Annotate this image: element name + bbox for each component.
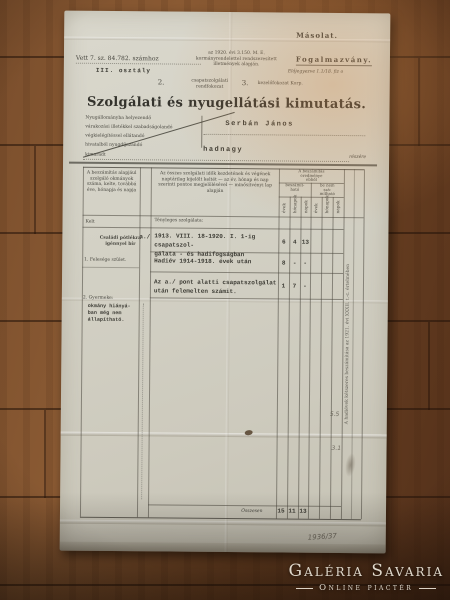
table-border-right	[361, 169, 365, 519]
row-value-years: 6	[278, 238, 289, 245]
table-border-left	[80, 167, 84, 517]
col-line	[319, 197, 323, 519]
service-label: Tényleges szolgálata:	[155, 217, 230, 223]
row-line	[150, 297, 343, 300]
main-header: Az összes szolgálati idők kezdetének és …	[153, 170, 278, 194]
field-divider-line	[201, 116, 202, 148]
ink-stain	[244, 430, 253, 436]
row-line	[82, 267, 139, 268]
header-rule	[69, 162, 377, 167]
child-row-label: 2. Gyermeke:	[83, 295, 139, 301]
plank-joint	[34, 146, 36, 234]
col-line	[137, 167, 141, 517]
result-header: A beszámítás eredménye ebből	[290, 170, 332, 183]
service-row-text: 1913. VIII. 18-1920. I. 1-ig csapatszol-…	[154, 231, 278, 259]
row-line	[82, 227, 343, 230]
draft-label: Fogalmazvány.	[296, 55, 372, 67]
for-label: részére	[349, 154, 366, 160]
corner-pencil-note: 1936/37	[308, 532, 338, 542]
watermark: Galéria Savaria Online piactér	[289, 563, 445, 593]
row-value-days: 13	[299, 239, 311, 246]
watermark-subtitle: Online piactér	[319, 583, 413, 593]
clause-3-number: 3.	[242, 79, 249, 87]
clause-3-label: kezelőfokozat Korp.	[258, 80, 311, 86]
watermark-title: Galéria Savaria	[289, 563, 445, 581]
clause-2-label: csapatszolgálati rendfokozat	[187, 78, 232, 90]
row-marker: a./	[139, 233, 150, 240]
clause-2-number: 2.	[158, 78, 165, 86]
plank-joint	[428, 322, 430, 410]
photo-of-document: Másolat. Vett 7. sz. 84.782. számhoz III…	[0, 0, 450, 600]
row-line	[148, 504, 341, 507]
row-value-days: -	[299, 283, 311, 290]
col-line	[148, 167, 152, 517]
sub-header-countable: beszámít- ható	[284, 184, 305, 193]
draft-note: Előjegyezve 1.1/18. fiz o	[288, 69, 371, 75]
plank-joint	[44, 410, 46, 498]
total-days: 13	[297, 508, 309, 515]
reference-number: Vett 7. sz. 84.782. számhoz	[76, 55, 201, 65]
document-paper: Másolat. Vett 7. sz. 84.782. számhoz III…	[60, 11, 391, 554]
service-row-text: Hadiév 1914-1918. évek után	[154, 257, 278, 265]
document-title: Szolgálati és nyugellátási kimutatás.	[81, 95, 371, 113]
fold-crease	[60, 520, 386, 527]
pencil-smudge	[344, 452, 357, 477]
watermark-dash	[419, 588, 436, 589]
fold-crease	[61, 432, 387, 439]
total-label: Összesen	[228, 508, 263, 514]
copy-label: Másolat.	[296, 31, 338, 40]
plank-joint	[418, 58, 420, 146]
col1-header: A beszámítás alapjául szolgáló okmányok …	[84, 170, 140, 193]
document-missing-note: okmány hiányá- ban még nem állapítható.	[88, 303, 148, 324]
wife-row-label: 1. Felesége szület.	[84, 257, 140, 263]
person-name: Serbán János	[225, 120, 293, 129]
person-rank: hadnagy	[203, 146, 243, 154]
fold-crease	[64, 37, 390, 43]
service-row-text: Az a./ pont alatti csapatszolgálat után …	[154, 277, 278, 296]
unit-col-months: hónapok	[293, 201, 298, 213]
row-value-years: 1	[278, 282, 289, 289]
row-line	[150, 271, 343, 274]
row-value-years: 8	[278, 259, 289, 266]
col-line	[308, 183, 312, 519]
col-line	[276, 168, 280, 518]
unit-col-years: évek	[314, 201, 319, 213]
unit-col-years: évek	[282, 201, 287, 213]
marker-dotted-line	[141, 303, 144, 499]
unit-col-days: napok	[304, 201, 309, 213]
unit-col-months: hónapok	[325, 201, 330, 213]
unit-col-days: napok	[336, 202, 341, 214]
status-option: Nyugállományba helyezendő	[85, 115, 198, 122]
pencil-mark: 5.5	[330, 411, 340, 418]
col1-kelt-label: Kelt	[85, 219, 94, 225]
pencil-mark: 3.1	[332, 445, 342, 452]
status-option: hivatalból nyugdíjazandó	[85, 142, 198, 149]
col-line	[330, 197, 334, 519]
decree-reference: az 1920. évi 3.150. M. E. kormányrendele…	[190, 50, 284, 68]
watermark-dash	[296, 588, 313, 589]
reference-department: III. osztály	[96, 67, 151, 74]
row-value-days: -	[299, 260, 311, 267]
